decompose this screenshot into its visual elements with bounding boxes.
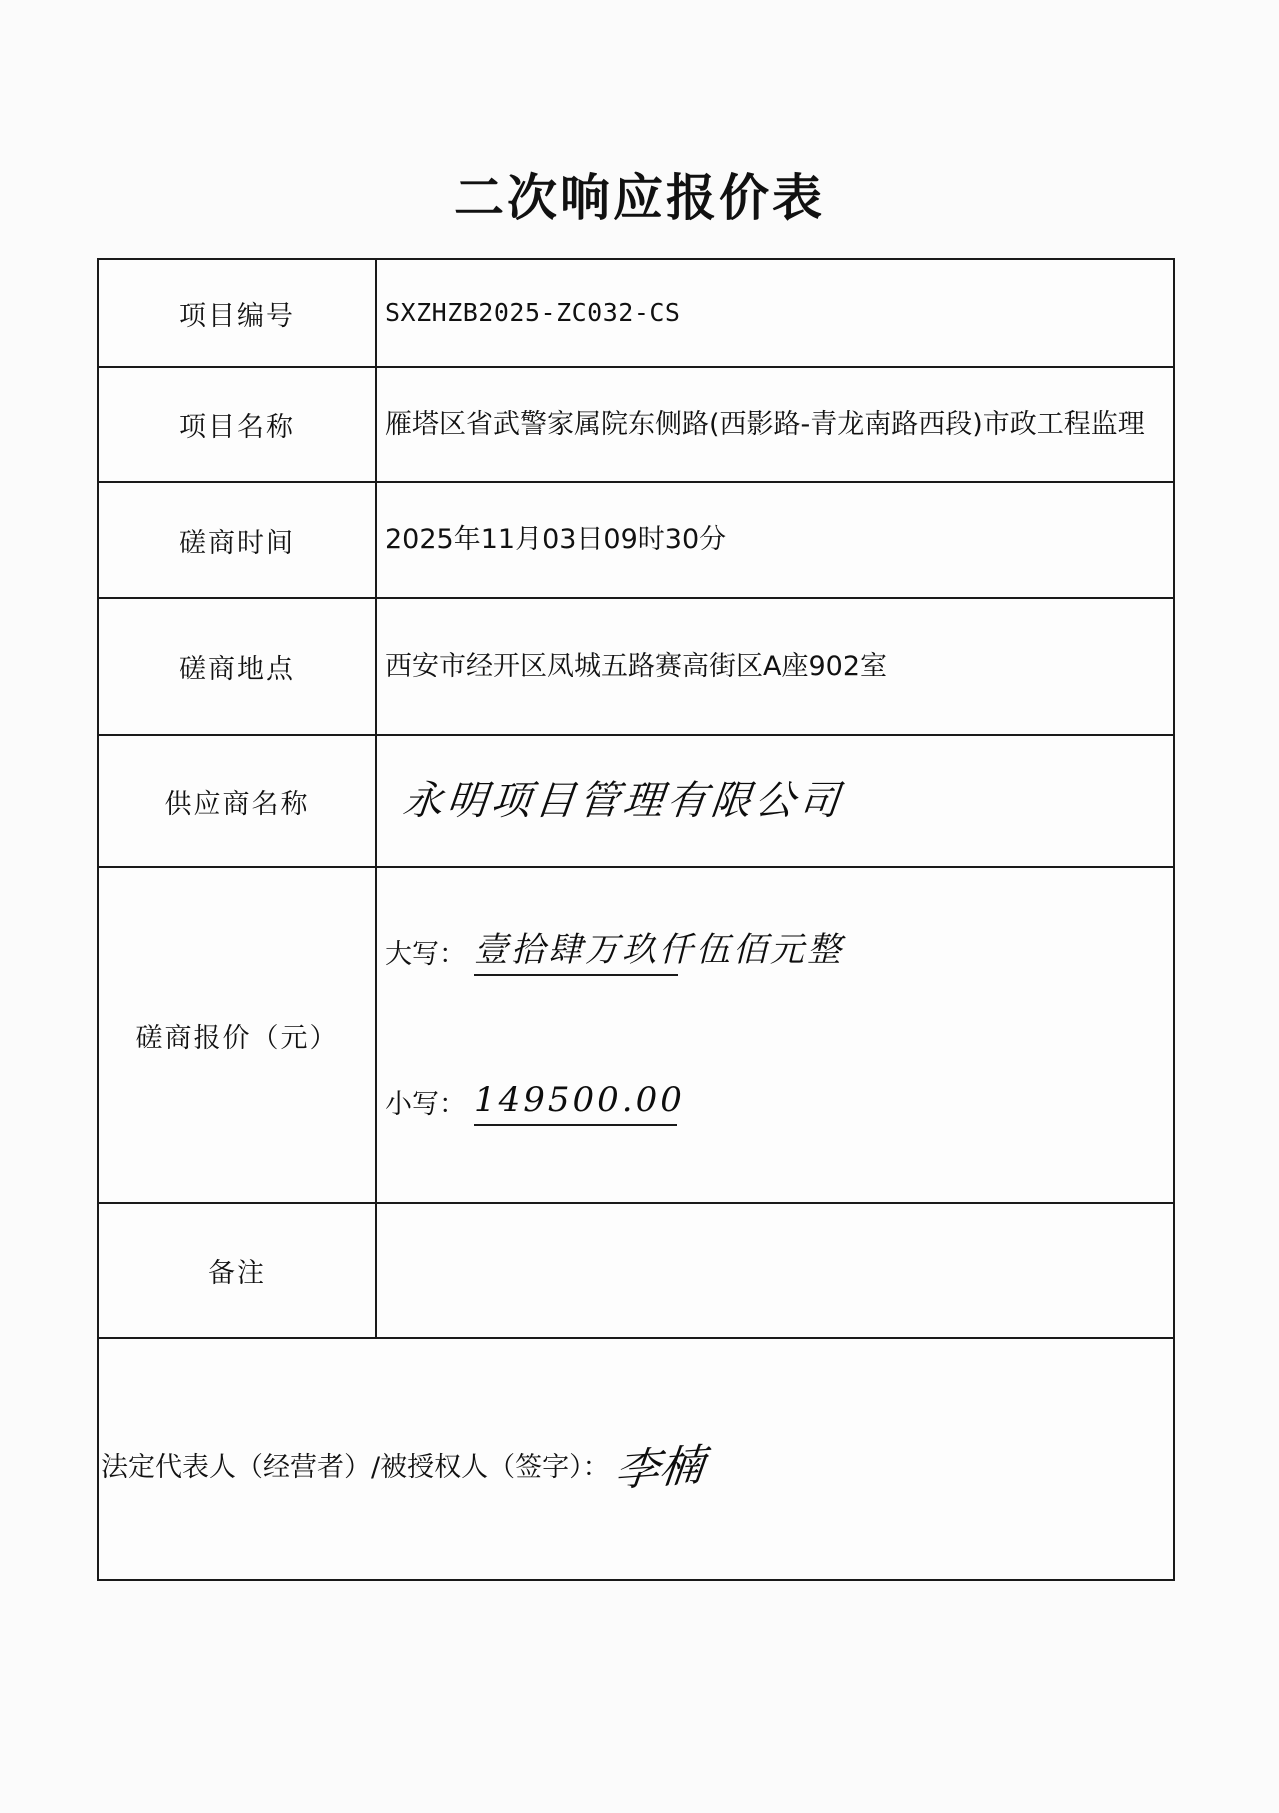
label-project-name: 项目名称 bbox=[98, 367, 376, 482]
handwritten-supplier-name: 永明项目管理有限公司 bbox=[382, 775, 845, 827]
label-remarks: 备注 bbox=[98, 1203, 376, 1338]
value-project-name: 雁塔区省武警家属院东侧路(西影路-青龙南路西段)市政工程监理 bbox=[376, 367, 1174, 482]
row-negotiation-location: 磋商地点 西安市经开区凤城五路赛高街区A座902室 bbox=[98, 598, 1174, 735]
price-lowercase-line: 小写： 149500.00 bbox=[385, 1078, 685, 1122]
label-negotiation-location: 磋商地点 bbox=[98, 598, 376, 735]
price-uppercase-line: 大写： 壹拾肆万玖仟伍佰元整 bbox=[385, 928, 844, 972]
price-uppercase-value: 壹拾肆万玖仟伍佰元整 bbox=[474, 928, 844, 972]
label-negotiation-time: 磋商时间 bbox=[98, 482, 376, 598]
value-negotiation-location: 西安市经开区凤城五路赛高街区A座902室 bbox=[376, 598, 1174, 735]
label-project-number: 项目编号 bbox=[98, 259, 376, 367]
signature-cell: 法定代表人（经营者）/被授权人（签字）： 李楠 bbox=[98, 1338, 1174, 1580]
underline-blank bbox=[474, 974, 678, 976]
document-title: 二次响应报价表 bbox=[0, 158, 1279, 230]
value-quoted-price-cell: 大写： 壹拾肆万玖仟伍佰元整 小写： 149500.00 bbox=[376, 867, 1174, 1203]
handwritten-signature: 李楠 bbox=[612, 1429, 708, 1499]
row-quoted-price: 磋商报价（元） 大写： 壹拾肆万玖仟伍佰元整 小写： 149500.00 bbox=[98, 867, 1174, 1203]
value-supplier-name-cell: 永明项目管理有限公司 bbox=[376, 735, 1174, 867]
signature-label: 法定代表人（经营者）/被授权人（签字）： bbox=[101, 1445, 610, 1484]
row-negotiation-time: 磋商时间 2025年11月03日09时30分 bbox=[98, 482, 1174, 598]
label-quoted-price: 磋商报价（元） bbox=[98, 867, 376, 1203]
underline-blank bbox=[474, 1124, 677, 1126]
row-signature: 法定代表人（经营者）/被授权人（签字）： 李楠 bbox=[98, 1338, 1174, 1580]
price-uppercase-label: 大写： bbox=[385, 937, 466, 972]
quotation-form-table: 项目编号 SXZHZB2025-ZC032-CS 项目名称 雁塔区省武警家属院东… bbox=[97, 258, 1175, 1581]
label-supplier-name: 供应商名称 bbox=[98, 735, 376, 867]
handwritten-price-lowercase: 149500.00 bbox=[474, 1080, 685, 1120]
price-lowercase-label: 小写： bbox=[385, 1087, 466, 1122]
row-project-number: 项目编号 SXZHZB2025-ZC032-CS bbox=[98, 259, 1174, 367]
value-project-number: SXZHZB2025-ZC032-CS bbox=[376, 259, 1174, 367]
handwritten-price-uppercase: 壹拾肆万玖仟伍佰元整 bbox=[474, 930, 844, 970]
row-project-name: 项目名称 雁塔区省武警家属院东侧路(西影路-青龙南路西段)市政工程监理 bbox=[98, 367, 1174, 482]
row-remarks: 备注 bbox=[98, 1203, 1174, 1338]
value-negotiation-time: 2025年11月03日09时30分 bbox=[376, 482, 1174, 598]
row-supplier-name: 供应商名称 永明项目管理有限公司 bbox=[98, 735, 1174, 867]
value-remarks bbox=[376, 1203, 1174, 1338]
price-lowercase-value: 149500.00 bbox=[474, 1078, 685, 1122]
